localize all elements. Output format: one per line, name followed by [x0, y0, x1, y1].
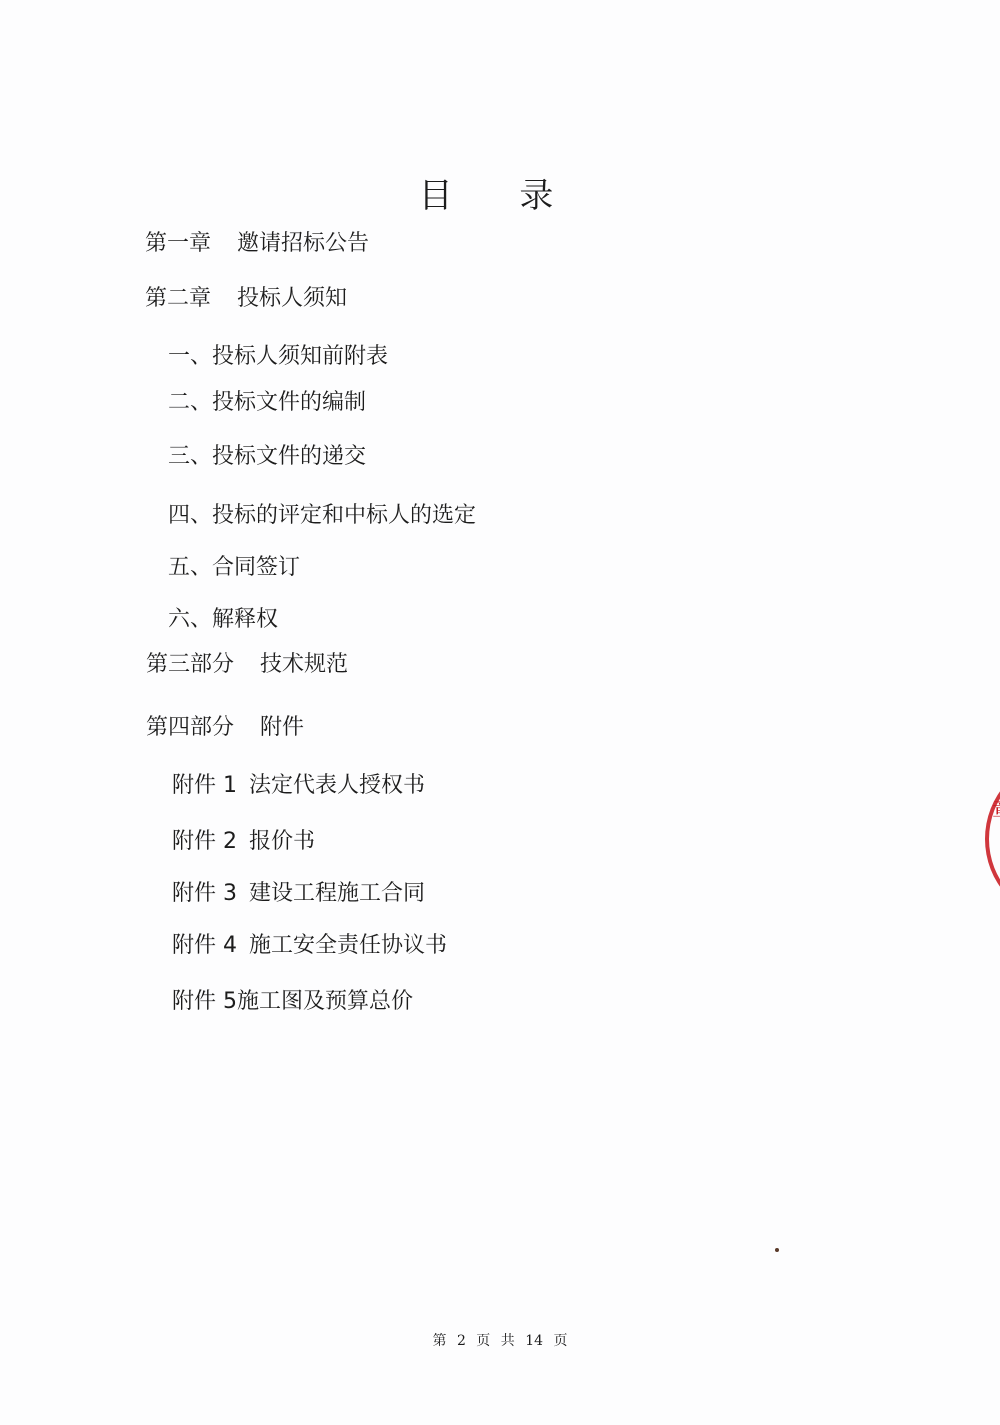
toc-entry-label: 合同签订 — [212, 555, 300, 580]
toc-entry-label: 报价书 — [249, 829, 315, 854]
toc-entry-number: 第二章 — [145, 288, 211, 310]
toc-entry-number: 四、 — [168, 505, 212, 527]
toc-entry-part-4: 第四部分附件 — [146, 717, 304, 739]
red-seal-stamp — [985, 760, 1000, 918]
toc-entry-label: 解释权 — [212, 607, 278, 632]
toc-entry-section-1: 一、投标人须知前附表 — [168, 346, 388, 368]
toc-entry-number: 第一章 — [145, 233, 211, 255]
toc-entry-number: 一、 — [168, 346, 212, 368]
toc-entry-chapter-1: 第一章邀请招标公告 — [145, 233, 369, 255]
toc-entry-number: 附件 5 — [172, 991, 237, 1013]
toc-entry-number: 五、 — [168, 557, 212, 579]
toc-entry-label: 邀请招标公告 — [237, 231, 369, 256]
toc-entry-chapter-2: 第二章投标人须知 — [145, 288, 347, 310]
toc-entry-part-3: 第三部分技术规范 — [146, 654, 348, 676]
toc-entry-section-3: 三、投标文件的递交 — [168, 446, 366, 468]
toc-entry-label: 法定代表人授权书 — [249, 773, 425, 798]
toc-entry-label: 投标的评定和中标人的选定 — [212, 503, 476, 528]
toc-entry-number: 六、 — [168, 609, 212, 631]
toc-entry-attachment-1: 附件 1法定代表人授权书 — [172, 775, 425, 797]
toc-entry-number: 附件 1 — [172, 775, 237, 797]
toc-entry-label: 投标人须知前附表 — [212, 344, 388, 369]
toc-entry-attachment-3: 附件 3建设工程施工合同 — [172, 883, 425, 905]
toc-entry-section-6: 六、解释权 — [168, 609, 278, 631]
toc-entry-label: 建设工程施工合同 — [249, 881, 425, 906]
toc-entry-attachment-5: 附件 5施工图及预算总价 — [172, 991, 413, 1013]
toc-entry-attachment-4: 附件 4施工安全责任协议书 — [172, 935, 447, 957]
toc-entry-number: 第四部分 — [146, 717, 234, 739]
toc-entry-attachment-2: 附件 2报价书 — [172, 831, 315, 853]
toc-entry-number: 第三部分 — [146, 654, 234, 676]
toc-entry-section-2: 二、投标文件的编制 — [168, 392, 366, 414]
toc-entry-number: 附件 3 — [172, 883, 237, 905]
scan-speck — [775, 1248, 779, 1252]
toc-entry-label: 投标文件的递交 — [212, 444, 366, 469]
toc-entry-number: 附件 2 — [172, 831, 237, 853]
toc-entry-number: 二、 — [168, 392, 212, 414]
toc-entry-number: 三、 — [168, 446, 212, 468]
toc-entry-label: 投标文件的编制 — [212, 390, 366, 415]
document-page: 目 录 第一章邀请招标公告 第二章投标人须知 一、投标人须知前附表 二、投标文件… — [0, 0, 1000, 1425]
toc-title: 目 录 — [0, 168, 960, 217]
seal-fragment-text: 章 — [992, 800, 1000, 824]
page-footer: 第 2 页 共 14 页 — [0, 1330, 1000, 1350]
toc-entry-section-5: 五、合同签订 — [168, 557, 300, 579]
toc-entry-label: 施工图及预算总价 — [237, 989, 413, 1014]
toc-entry-label: 投标人须知 — [237, 286, 347, 311]
toc-entry-section-4: 四、投标的评定和中标人的选定 — [168, 505, 476, 527]
toc-entry-label: 施工安全责任协议书 — [249, 933, 447, 958]
toc-entry-number: 附件 4 — [172, 935, 237, 957]
toc-entry-label: 附件 — [260, 715, 304, 740]
toc-entry-label: 技术规范 — [260, 652, 348, 677]
